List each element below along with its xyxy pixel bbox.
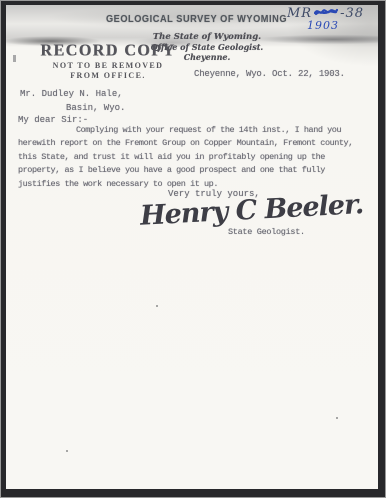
letter-body: Complying with your request of the 14th … [18, 124, 382, 191]
dateline: Cheyenne, Wyo. Oct. 22, 1903. [194, 69, 345, 79]
paper-speck [156, 305, 158, 307]
addressee-name: Mr. Dudley N. Hale, [20, 89, 123, 99]
record-copy-stamp: RECORD COPY NOT TO BE REMOVED FROM OFFIC… [40, 42, 176, 80]
body-line: this State, and trust it will aid you in… [18, 151, 382, 164]
addressee-city: Basin, Wyo. [66, 103, 125, 113]
paper-speck [336, 417, 338, 419]
paper-speck [66, 450, 68, 452]
body-line: property, as I believe you have a good p… [18, 164, 382, 177]
file-number-suffix: -38 [340, 6, 364, 21]
body-line: herewith report on the Fremont Group on … [18, 137, 382, 150]
record-copy-line2: NOT TO BE REMOVED [40, 61, 176, 70]
handwritten-file-annotation: MR -38 1903 [287, 6, 386, 32]
scanned-letter-photo: GEOLOGICAL SURVEY OF WYOMING MR -38 1903… [0, 0, 386, 498]
record-copy-line3: FROM OFFICE. [40, 71, 176, 80]
record-copy-title: RECORD COPY [40, 41, 176, 60]
signature-title: State Geologist. [228, 227, 305, 237]
body-line: Complying with your request of the 14th … [18, 124, 382, 137]
margin-smudge-mark [13, 55, 16, 62]
letter-paper: GEOLOGICAL SURVEY OF WYOMING MR -38 1903… [6, 5, 378, 489]
survey-header-stamp: GEOLOGICAL SURVEY OF WYOMING [102, 14, 291, 25]
